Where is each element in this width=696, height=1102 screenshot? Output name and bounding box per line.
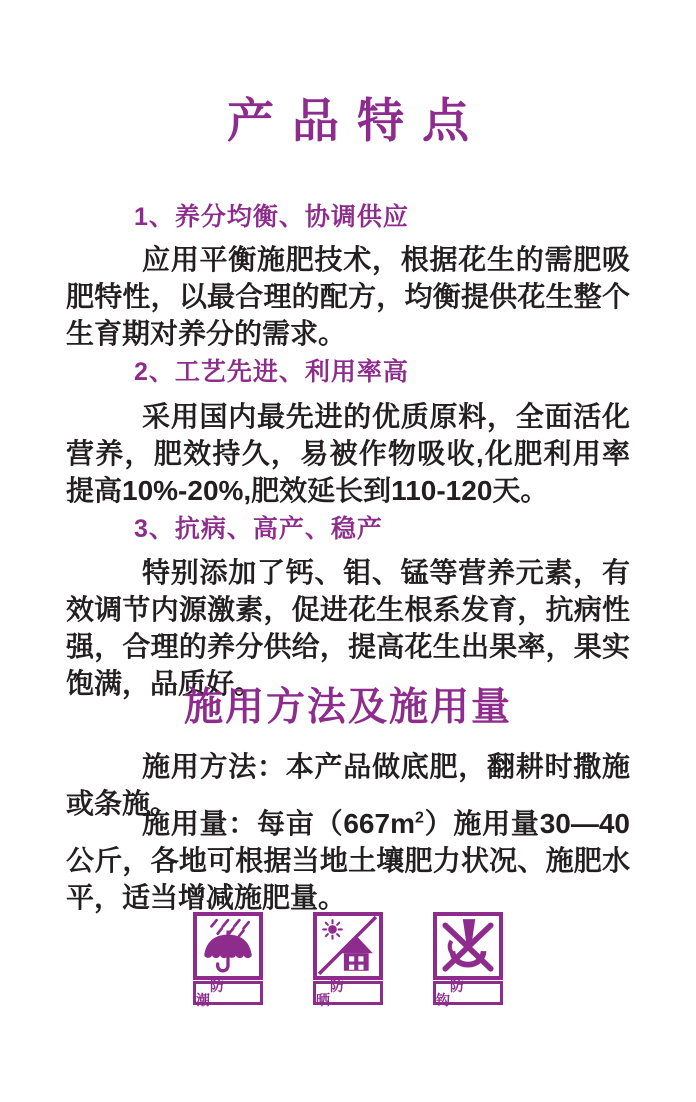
no-hook-icon [433,912,503,980]
sun-house-icon [313,912,383,980]
care-card-sun: 防晒 [313,912,383,1005]
application-section-title: 施用方法及施用量 [0,676,696,732]
feature-1-body: 应用平衡施肥技术，根据花生的需肥吸肥特性，以最合理的配方，均衡提供花生整个生育期… [66,241,630,352]
care-label-sun: 防晒 [313,981,383,1005]
care-card-moisture: 防潮 [193,912,263,1005]
care-label-hook: 防钩 [433,981,503,1005]
care-label-moisture: 防潮 [193,981,263,1005]
feature-1-heading: 1、养分均衡、协调供应 [134,197,409,233]
feature-2-heading: 2、工艺先进、利用率高 [134,352,409,388]
feature-3-heading: 3、抗病、高产、稳产 [134,509,383,545]
dosage-superscript: 2 [415,810,424,827]
application-dosage-text: 施用量：每亩（667m2）施用量30—40公斤，各地可根据当地土壤肥力状况、施肥… [66,805,630,916]
umbrella-rain-icon [193,912,263,980]
feature-2-body: 采用国内最先进的优质原料，全面活化营养，肥效持久，易被作物吸收,化肥利用率提高1… [66,398,630,509]
dosage-text-prefix: 施用量：每亩（667m [142,808,415,839]
care-icons-row: 防潮 [0,912,696,1005]
fertilizer-label-page: 产品特点 1、养分均衡、协调供应 应用平衡施肥技术，根据花生的需肥吸肥特性，以最… [0,0,696,1102]
care-card-hook: 防钩 [433,912,503,1005]
page-title: 产品特点 [0,84,696,151]
